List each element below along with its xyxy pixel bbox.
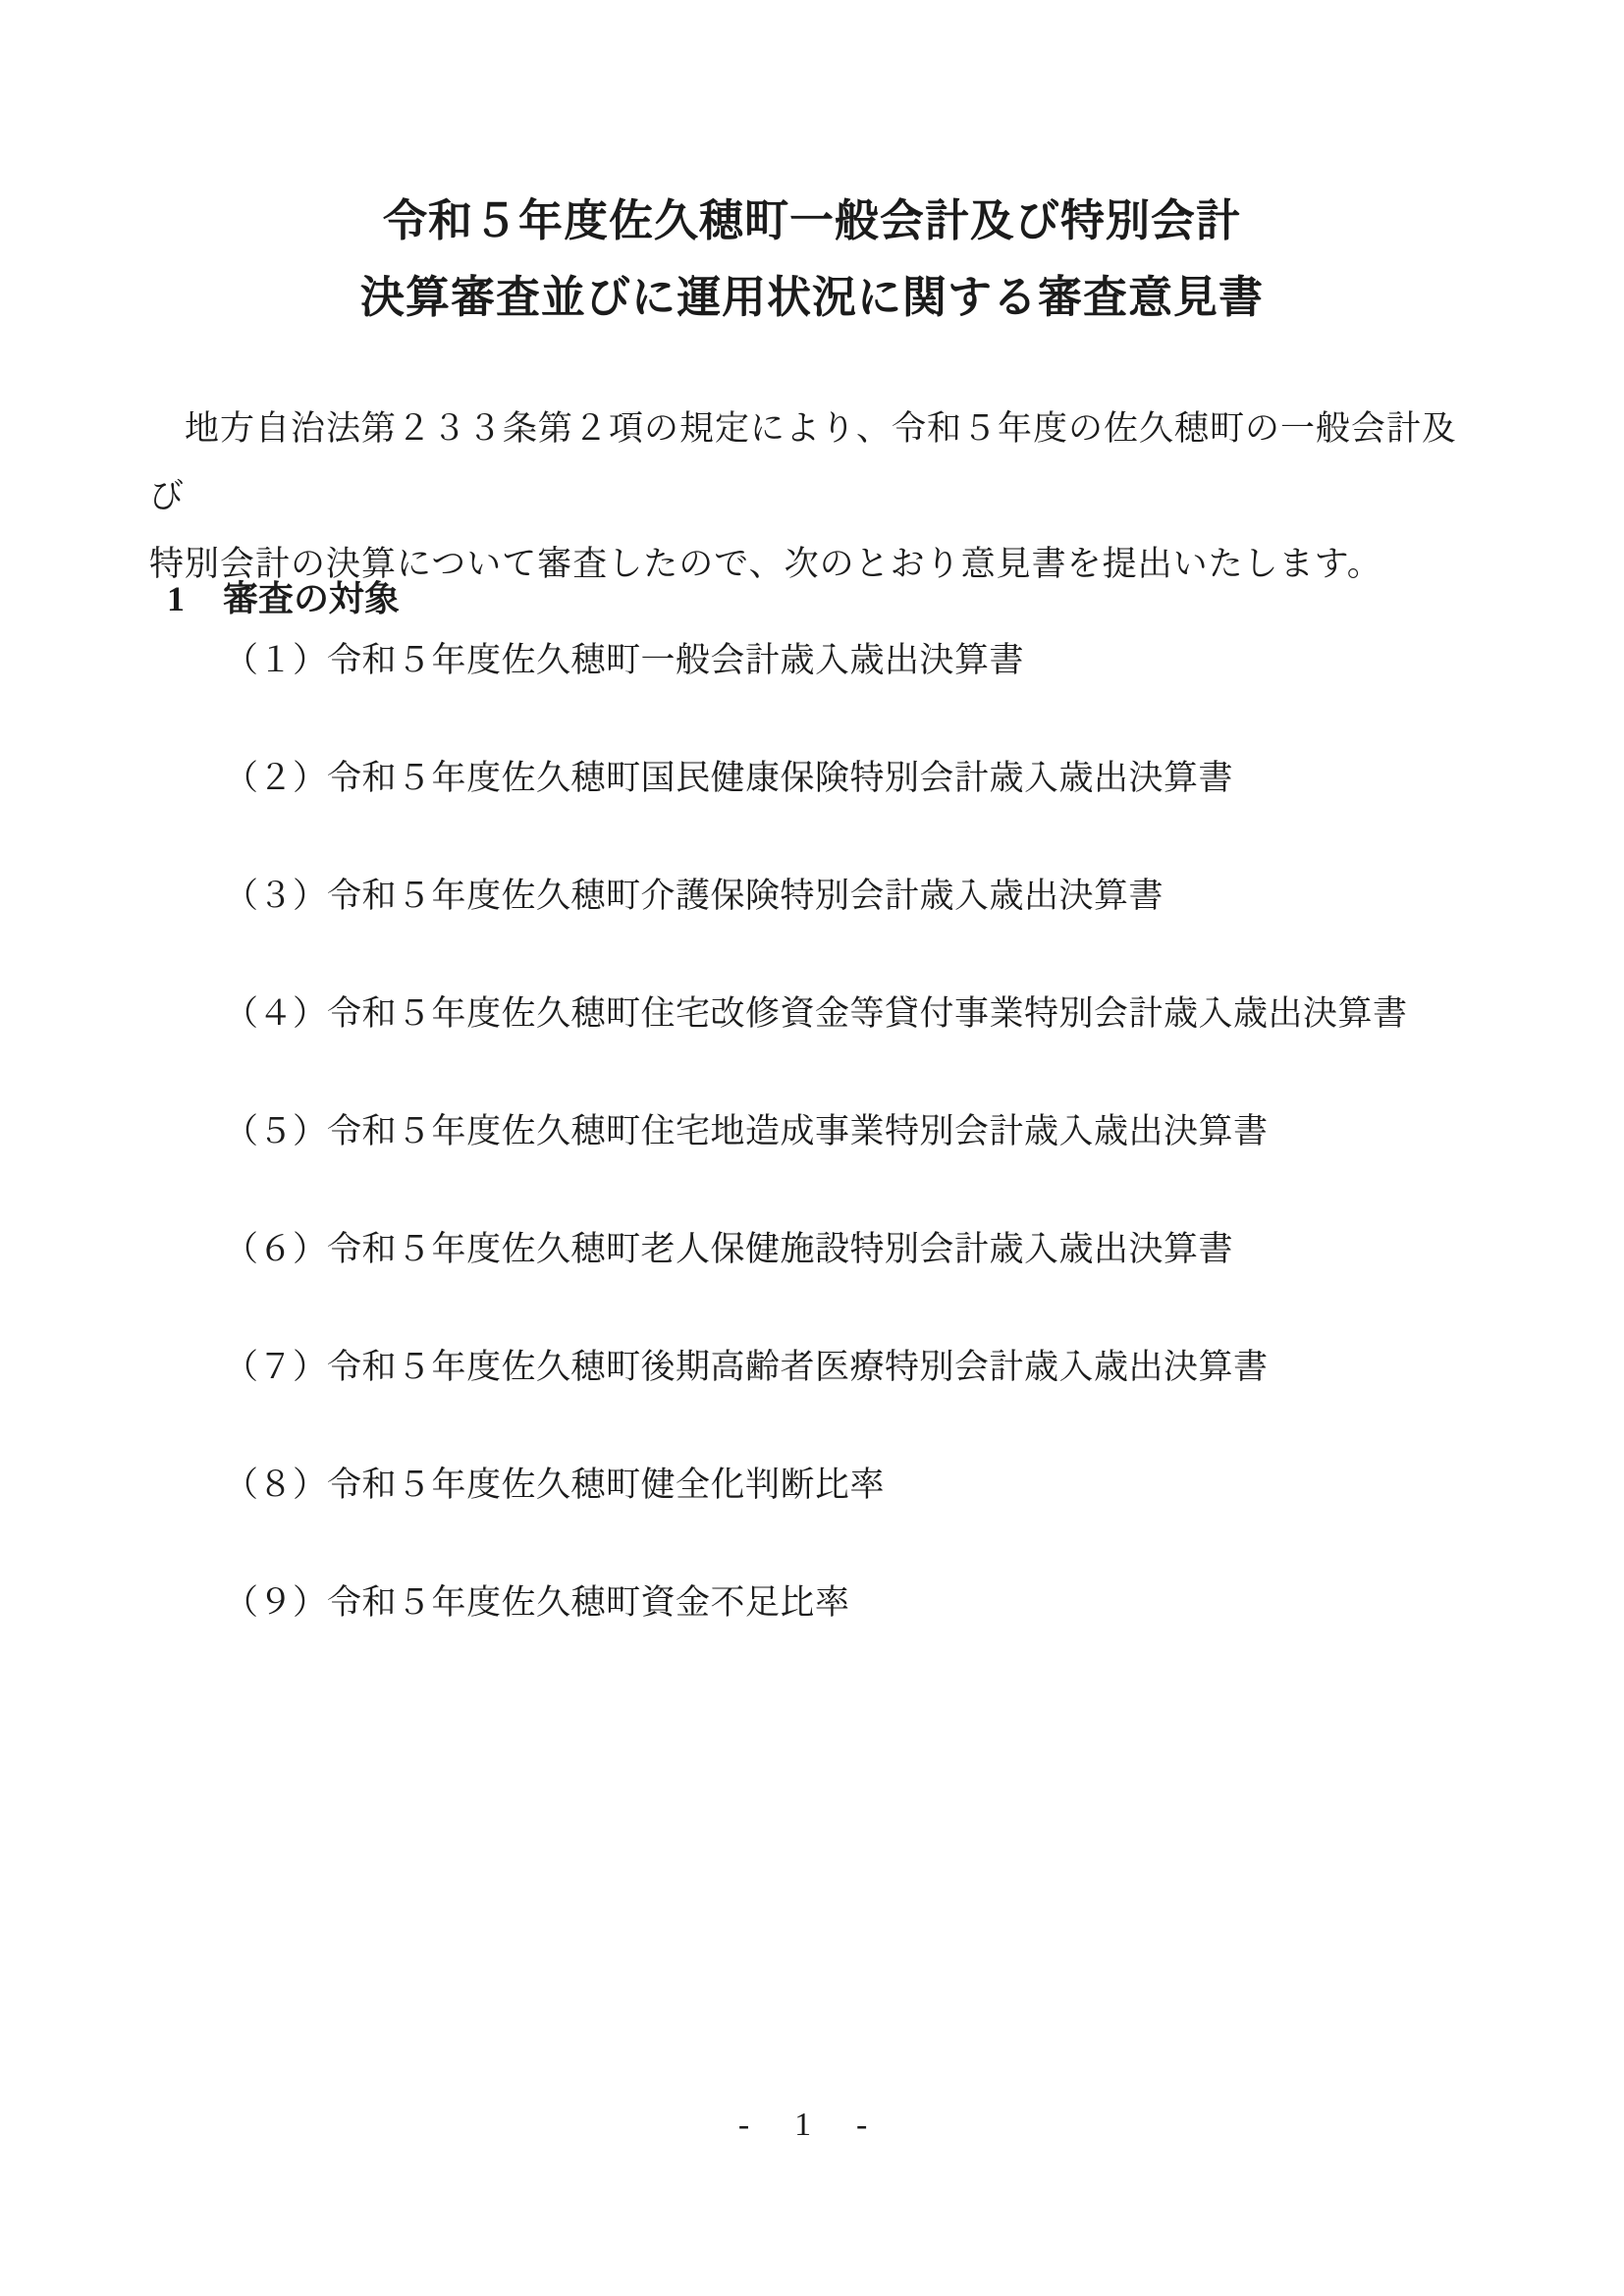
section-number: 1 — [167, 575, 185, 622]
document-page: 令和５年度佐久穂町一般会計及び特別会計 決算審査並びに運用状況に関する審査意見書… — [0, 0, 1624, 2296]
list-item-text: 令和５年度佐久穂町住宅地造成事業特別会計歳入歳出決算書 — [327, 1111, 1269, 1152]
list-item-text: 令和５年度佐久穂町老人保健施設特別会計歳入歳出決算書 — [327, 1229, 1233, 1270]
list-item-marker: （５） — [224, 1111, 327, 1152]
list-item-marker: （４） — [224, 993, 327, 1035]
list-item: （８）令和５年度佐久穂町健全化判断比率 — [224, 1465, 1506, 1506]
list-item-marker: （７） — [224, 1347, 327, 1388]
list-item-marker: （６） — [224, 1229, 327, 1270]
list-item: （６）令和５年度佐久穂町老人保健施設特別会計歳入歳出決算書 — [224, 1229, 1506, 1270]
list-item-marker: （９） — [224, 1582, 327, 1624]
list-item-text: 令和５年度佐久穂町後期高齢者医療特別会計歳入歳出決算書 — [327, 1347, 1269, 1388]
list-item: （４）令和５年度佐久穂町住宅改修資金等貸付事業特別会計歳入歳出決算書 — [224, 993, 1506, 1035]
page-number: - 1 - — [0, 2107, 1624, 2144]
list-item-text: 令和５年度佐久穂町健全化判断比率 — [327, 1465, 885, 1506]
list-item: （３）令和５年度佐久穂町介護保険特別会計歳入歳出決算書 — [224, 876, 1506, 917]
list-item-marker: （１） — [224, 640, 327, 681]
list-item-text: 令和５年度佐久穂町介護保険特別会計歳入歳出決算書 — [327, 876, 1164, 917]
list-item-marker: （３） — [224, 876, 327, 917]
list-item-text: 令和５年度佐久穂町国民健康保険特別会計歳入歳出決算書 — [327, 758, 1233, 799]
list-item-text: 令和５年度佐久穂町一般会計歳入歳出決算書 — [327, 640, 1024, 681]
list-item-text: 令和５年度佐久穂町資金不足比率 — [327, 1582, 850, 1624]
document-title: 令和５年度佐久穂町一般会計及び特別会計 決算審査並びに運用状況に関する審査意見書 — [0, 183, 1624, 336]
document-title-line-2: 決算審査並びに運用状況に関する審査意見書 — [0, 259, 1624, 336]
list-item: （９）令和５年度佐久穂町資金不足比率 — [224, 1582, 1506, 1624]
intro-paragraph-line-1: 地方自治法第２３３条第２項の規定により、令和５年度の佐久穂町の一般会計及び — [149, 395, 1482, 530]
document-title-line-1: 令和５年度佐久穂町一般会計及び特別会計 — [0, 183, 1624, 259]
intro-paragraph: 地方自治法第２３３条第２項の規定により、令和５年度の佐久穂町の一般会計及び 特別… — [149, 395, 1482, 598]
section-heading-audit-targets: 1 審査の対象 — [167, 575, 400, 622]
list-item: （１）令和５年度佐久穂町一般会計歳入歳出決算書 — [224, 640, 1506, 681]
list-item: （５）令和５年度佐久穂町住宅地造成事業特別会計歳入歳出決算書 — [224, 1111, 1506, 1152]
section-title: 審査の対象 — [223, 575, 400, 622]
list-item: （２）令和５年度佐久穂町国民健康保険特別会計歳入歳出決算書 — [224, 758, 1506, 799]
audit-target-list: （１）令和５年度佐久穂町一般会計歳入歳出決算書 （２）令和５年度佐久穂町国民健康… — [224, 640, 1506, 1700]
list-item-marker: （２） — [224, 758, 327, 799]
list-item-text: 令和５年度佐久穂町住宅改修資金等貸付事業特別会計歳入歳出決算書 — [327, 993, 1408, 1035]
list-item-marker: （８） — [224, 1465, 327, 1506]
list-item: （７）令和５年度佐久穂町後期高齢者医療特別会計歳入歳出決算書 — [224, 1347, 1506, 1388]
